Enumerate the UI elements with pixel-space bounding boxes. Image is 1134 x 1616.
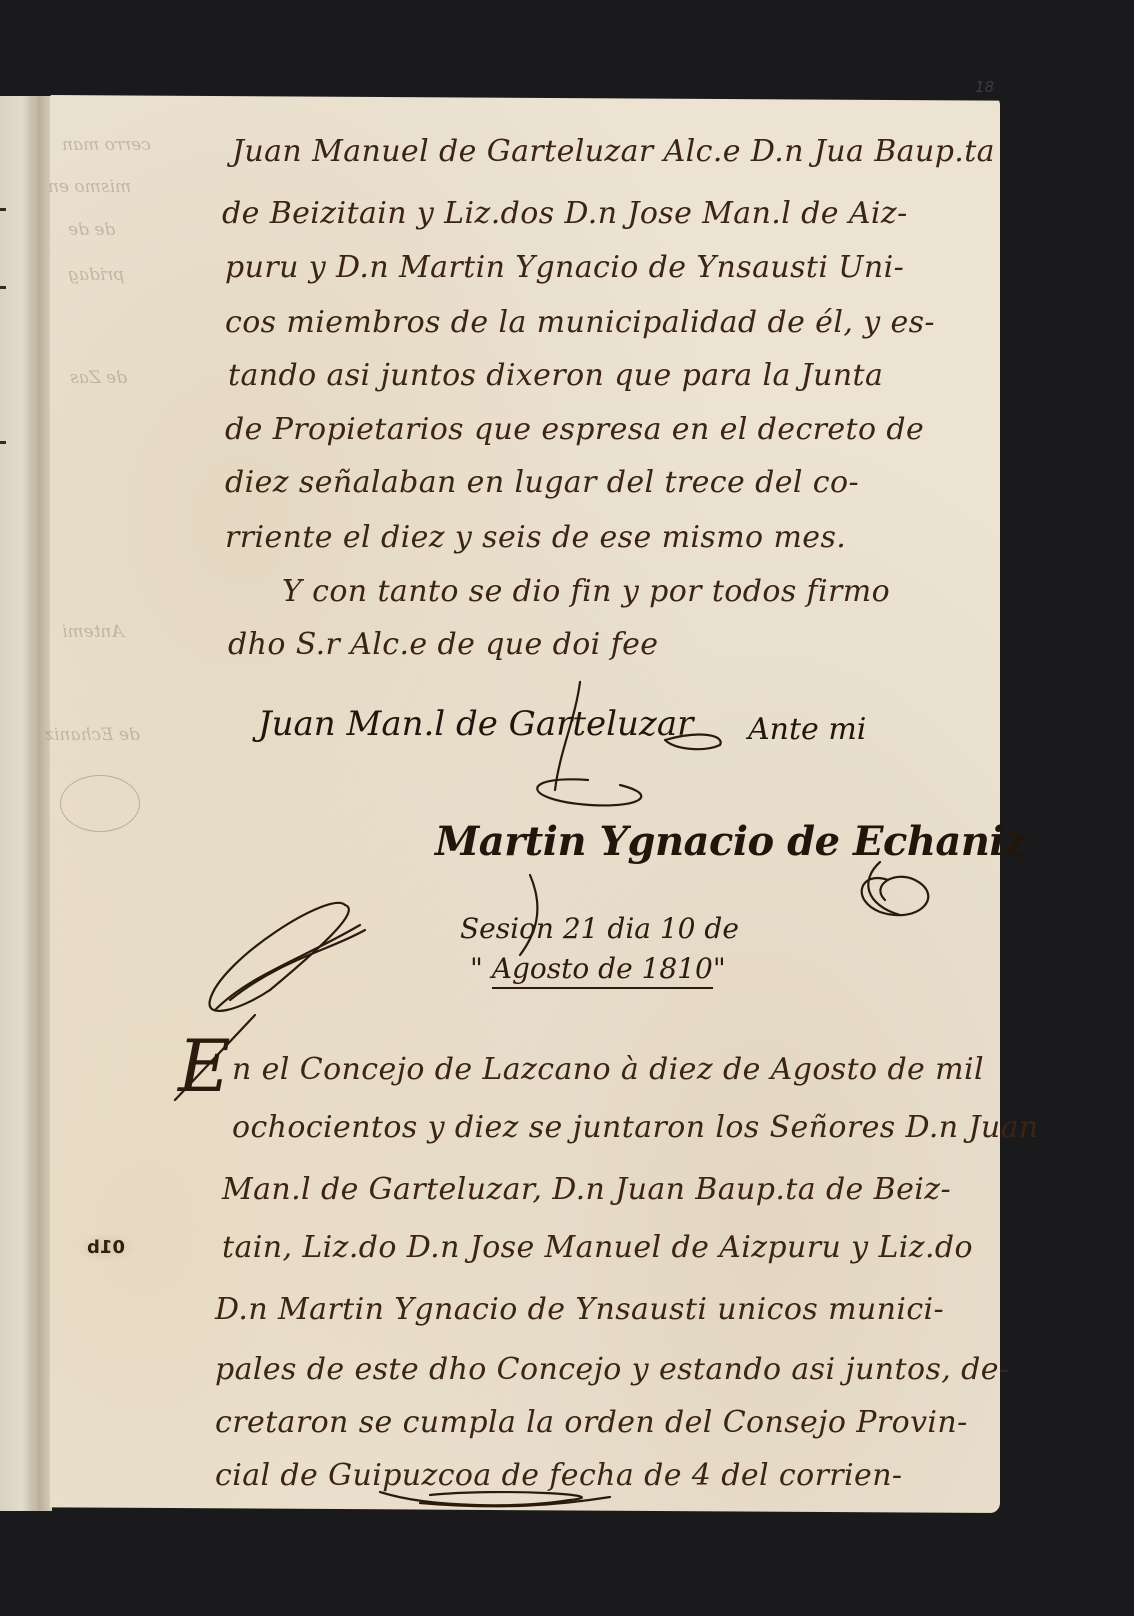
text-line: tain, Liz.do D.n Jose Manuel de Aizpuru … xyxy=(222,1230,973,1265)
bleedthrough-flourish xyxy=(60,775,140,832)
bleedthrough-text: de Echaniz xyxy=(45,725,140,745)
text-line: diez señalaban en lugar del trece del co… xyxy=(225,465,859,500)
text-line: D.n Martin Ygnacio de Ynsausti unicos mu… xyxy=(215,1292,944,1327)
session-date: " Agosto de 1810" xyxy=(470,952,726,985)
quote-mark: " xyxy=(470,952,492,985)
ink-mark xyxy=(0,208,6,211)
text-line: cretaron se cumpla la orden del Consejo … xyxy=(215,1405,968,1440)
text-line: n el Concejo de Lazcano à diez de Agosto… xyxy=(232,1052,984,1087)
signature-escribano: Martin Ygnacio de Echaniz xyxy=(435,818,1026,865)
bleedthrough-text: mismo en xyxy=(48,177,131,197)
ink-mark xyxy=(0,441,6,444)
session-date-text: Agosto de 1810 xyxy=(492,952,713,989)
quote-mark: " xyxy=(713,952,726,985)
facing-page-edge xyxy=(0,96,40,1511)
drop-cap: E xyxy=(178,1030,231,1102)
bleedthrough-text: cerro man xyxy=(62,135,151,155)
text-line: rriente el diez y seis de ese mismo mes. xyxy=(225,520,846,555)
text-line: cos miembros de la municipalidad de él, … xyxy=(225,305,935,340)
text-line: puru y D.n Martin Ygnacio de Ynsausti Un… xyxy=(225,250,904,285)
text-line: dho S.r Alc.e de que doi fee xyxy=(228,627,658,662)
signature-ante-mi: Ante mi xyxy=(748,712,866,747)
ink-mark xyxy=(0,286,6,289)
text-line: pales de este dho Concejo y estando asi … xyxy=(215,1352,1009,1387)
text-line: ochocientos y diez se juntaron los Señor… xyxy=(232,1110,1039,1145)
ink-blot: 01b xyxy=(77,1233,135,1262)
text-line: Y con tanto se dio fin y por todos firmo xyxy=(282,574,890,609)
bleedthrough-text: de Zas xyxy=(70,368,127,388)
text-line: de Beizitain y Liz.dos D.n Jose Man.l de… xyxy=(222,196,908,231)
text-line: Man.l de Garteluzar, D.n Juan Baup.ta de… xyxy=(222,1172,951,1207)
text-line: cial de Guipuzcoa de fecha de 4 del corr… xyxy=(215,1458,902,1493)
binding-gutter xyxy=(38,96,52,1511)
bleedthrough-text: Antemi xyxy=(62,622,124,642)
text-line: tando asi juntos dixeron que para la Jun… xyxy=(228,358,883,393)
bleedthrough-text: de de xyxy=(68,220,115,240)
folio-number: 18 xyxy=(975,78,994,96)
text-line: de Propietarios que espresa en el decret… xyxy=(225,412,924,447)
text-line: Juan Manuel de Garteluzar Alc.e D.n Jua … xyxy=(232,134,995,169)
session-heading: Sesion 21 dia 10 de xyxy=(460,912,739,945)
bleedthrough-text: pridag xyxy=(68,265,124,285)
signature-alcalde: Juan Man.l de Garteluzar xyxy=(258,704,693,744)
